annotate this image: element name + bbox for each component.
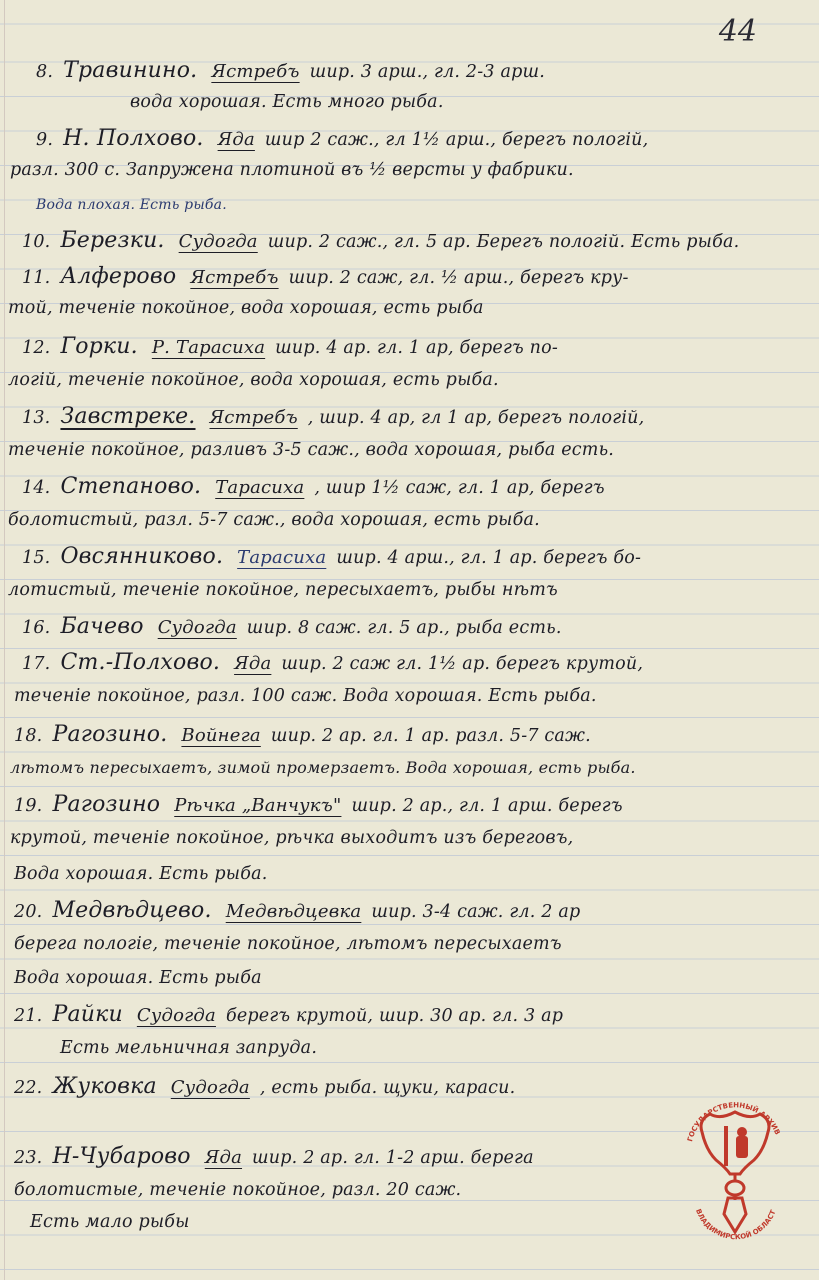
entry-text: берегъ крутой, шир. 30 ар. гл. 3 ар [226, 1006, 563, 1026]
ledger-page: 44 8.Травинино.Ястребъшир. 3 арш., гл. 2… [0, 0, 819, 1280]
village-name: Ст.-Полхово. [60, 650, 220, 675]
entry-22-line-1: 22.ЖуковкаСудогда, есть рыба. щуки, кара… [14, 1074, 515, 1099]
entry-text: шир. 4 арш., гл. 1 ар. берегъ бо- [336, 548, 641, 568]
river-name: Войнега [181, 725, 260, 746]
entry-17-line-1: 17.Ст.-Полхово.Ядашир. 2 саж гл. 1½ ар. … [22, 650, 643, 675]
river-name: Ястребъ [190, 267, 278, 288]
entry-12-line-1: 12.Горки.Р. Тарасихашир. 4 ар. гл. 1 ар,… [22, 334, 558, 359]
river-name: Яда [234, 653, 271, 674]
entry-17-line-2: теченіе покойное, разл. 100 саж. Вода хо… [14, 686, 597, 706]
entry-23-line-1: 23.Н-ЧубаровоЯдашир. 2 ар. гл. 1-2 арш. … [14, 1144, 534, 1169]
village-name: Степаново. [60, 474, 201, 499]
river-name: Судогда [137, 1005, 216, 1026]
entry-text: шир. 4 ар. гл. 1 ар, берегъ по- [275, 338, 558, 358]
entry-11-line-1: 11.АлферовоЯстребъшир. 2 саж, гл. ½ арш.… [22, 264, 629, 289]
entry-text: шир. 2 саж, гл. ½ арш., берегъ кру- [289, 268, 629, 288]
entry-text: шир. 2 саж., гл. 5 ар. Берегъ пологій. Е… [268, 232, 740, 252]
entry-9-line-2: разл. 300 с. Запружена плотиной въ ½ вер… [10, 160, 574, 180]
entry-text: шир. 2 ар. гл. 1 ар. разл. 5-7 саж. [271, 726, 591, 746]
entry-number: 10. [22, 232, 50, 252]
entry-text: шир. 2 ар., гл. 1 арш. берегъ [351, 796, 622, 816]
entry-18-line-1: 18.Рагозино.Войнегашир. 2 ар. гл. 1 ар. … [14, 722, 591, 747]
river-name: Рѣчка „Ванчукъ" [174, 795, 341, 816]
entry-number: 16. [22, 618, 50, 638]
village-name: Алферово [60, 264, 176, 289]
entry-number: 20. [14, 902, 42, 922]
river-name: Судогда [179, 231, 258, 252]
village-name: Горки. [60, 334, 137, 359]
entry-19-line-1: 19.РагозиноРѣчка „Ванчукъ"шир. 2 ар., гл… [14, 792, 623, 817]
river-name: Яда [218, 129, 255, 150]
archive-emblem-icon: ГОСУДАРСТВЕННЫЙ АРХИВ ВЛАДИМИРСКОЙ ОБЛАС… [680, 1090, 790, 1260]
entry-20-line-3: Вода хорошая. Есть рыба [14, 968, 262, 988]
village-name: Медвѣдцево. [52, 898, 211, 923]
river-name: Тарасиха [215, 477, 304, 498]
entry-14-line-1: 14.Степаново.Тарасиха, шир 1½ саж, гл. 1… [22, 474, 605, 499]
entry-number: 23. [14, 1148, 42, 1168]
entry-10-line-1: 10.Березки.Судогдашир. 2 саж., гл. 5 ар.… [22, 228, 739, 253]
village-name: Травинино. [63, 58, 197, 83]
entry-12-line-2: логій, теченіе покойное, вода хорошая, е… [8, 370, 499, 390]
entry-text: , есть рыба. щуки, караси. [260, 1078, 516, 1098]
entry-number: 17. [22, 654, 50, 674]
entry-15-line-2: лотистый, теченіе покойное, пересыхаетъ,… [8, 580, 558, 600]
river-name: Ястребъ [211, 61, 299, 82]
entry-21-line-1: 21.РайкиСудогдаберегъ крутой, шир. 30 ар… [14, 1002, 563, 1027]
village-name: Рагозино [52, 792, 160, 817]
village-name: Завстреке. [60, 404, 195, 429]
entry-text: шир. 2 ар. гл. 1-2 арш. берега [252, 1148, 534, 1168]
entry-14-line-2: болотистый, разл. 5-7 саж., вода хорошая… [8, 510, 540, 530]
entry-number: 8. [36, 62, 53, 82]
entry-19-line-3: Вода хорошая. Есть рыба. [14, 864, 268, 884]
river-name: Яда [205, 1147, 242, 1168]
village-name: Рагозино. [52, 722, 167, 747]
village-name: Жуковка [52, 1074, 156, 1099]
entry-8-line-1: 8.Травинино.Ястребъшир. 3 арш., гл. 2-3 … [36, 58, 545, 83]
entry-20-line-1: 20.Медвѣдцево.Медвѣдцевкашир. 3-4 саж. г… [14, 898, 580, 923]
village-name: Н. Полхово. [63, 126, 204, 151]
entry-19-line-2: крутой, теченіе покойное, рѣчка выходитъ… [10, 828, 573, 848]
entry-number: 19. [14, 796, 42, 816]
entry-number: 11. [22, 268, 50, 288]
entry-text: шир 2 саж., гл 1½ арш., берегъ пологій, [265, 130, 648, 150]
entry-20-line-2: берега пологіе, теченіе покойное, лѣтомъ… [14, 934, 562, 954]
entry-9-line-3: Вода плохая. Есть рыба. [36, 197, 227, 213]
village-name: Райки [52, 1002, 122, 1027]
river-name: Судогда [171, 1077, 250, 1098]
entry-text: , шир 1½ саж, гл. 1 ар, берегъ [314, 478, 604, 498]
page-number: 44 [719, 14, 757, 49]
entry-18-line-2: лѣтомъ пересыхаетъ, зимой промерзаетъ. В… [10, 758, 636, 777]
entry-text: шир. 3 арш., гл. 2-3 арш. [310, 62, 545, 82]
entry-text: шир. 2 саж гл. 1½ ар. берегъ крутой, [281, 654, 643, 674]
margin-line [4, 0, 5, 1280]
entry-text: , шир. 4 ар, гл 1 ар, берегъ пологій, [308, 408, 645, 428]
entry-8-line-2: вода хорошая. Есть много рыба. [130, 92, 444, 112]
entry-23-line-2: болотистые, теченіе покойное, разл. 20 с… [14, 1180, 461, 1200]
river-name: Ястребъ [210, 407, 298, 428]
river-name: Судогда [158, 617, 237, 638]
entry-21-line-2: Есть мельничная запруда. [60, 1038, 317, 1058]
river-name: Тарасиха [237, 547, 326, 568]
entry-number: 12. [22, 338, 50, 358]
entry-number: 18. [14, 726, 42, 746]
entry-number: 14. [22, 478, 50, 498]
village-name: Березки. [60, 228, 164, 253]
entry-23-line-3: Есть мало рыбы [30, 1212, 190, 1232]
entry-number: 13. [22, 408, 50, 428]
village-name: Н-Чубарово [52, 1144, 190, 1169]
village-name: Овсянниково. [60, 544, 223, 569]
entry-number: 15. [22, 548, 50, 568]
entry-13-line-2: теченіе покойное, разливъ 3-5 саж., вода… [8, 440, 614, 460]
entry-number: 9. [36, 130, 53, 150]
river-name: Медвѣдцевка [226, 901, 362, 922]
entry-16-line-1: 16.БачевоСудогдашир. 8 саж. гл. 5 ар., р… [22, 614, 562, 639]
entry-number: 22. [14, 1078, 42, 1098]
entry-13-line-1: 13.Завстреке.Ястребъ, шир. 4 ар, гл 1 ар… [22, 404, 644, 429]
river-name: Р. Тарасиха [152, 337, 265, 358]
entry-text: шир. 3-4 саж. гл. 2 ар [371, 902, 580, 922]
entry-11-line-2: той, теченіе покойное, вода хорошая, ест… [8, 298, 484, 318]
village-name: Бачево [60, 614, 143, 639]
entry-15-line-1: 15.Овсянниково.Тарасихашир. 4 арш., гл. … [22, 544, 641, 569]
entry-text: шир. 8 саж. гл. 5 ар., рыба есть. [247, 618, 562, 638]
entry-number: 21. [14, 1006, 42, 1026]
entry-9-line-1: 9.Н. Полхово.Ядашир 2 саж., гл 1½ арш., … [36, 126, 648, 151]
